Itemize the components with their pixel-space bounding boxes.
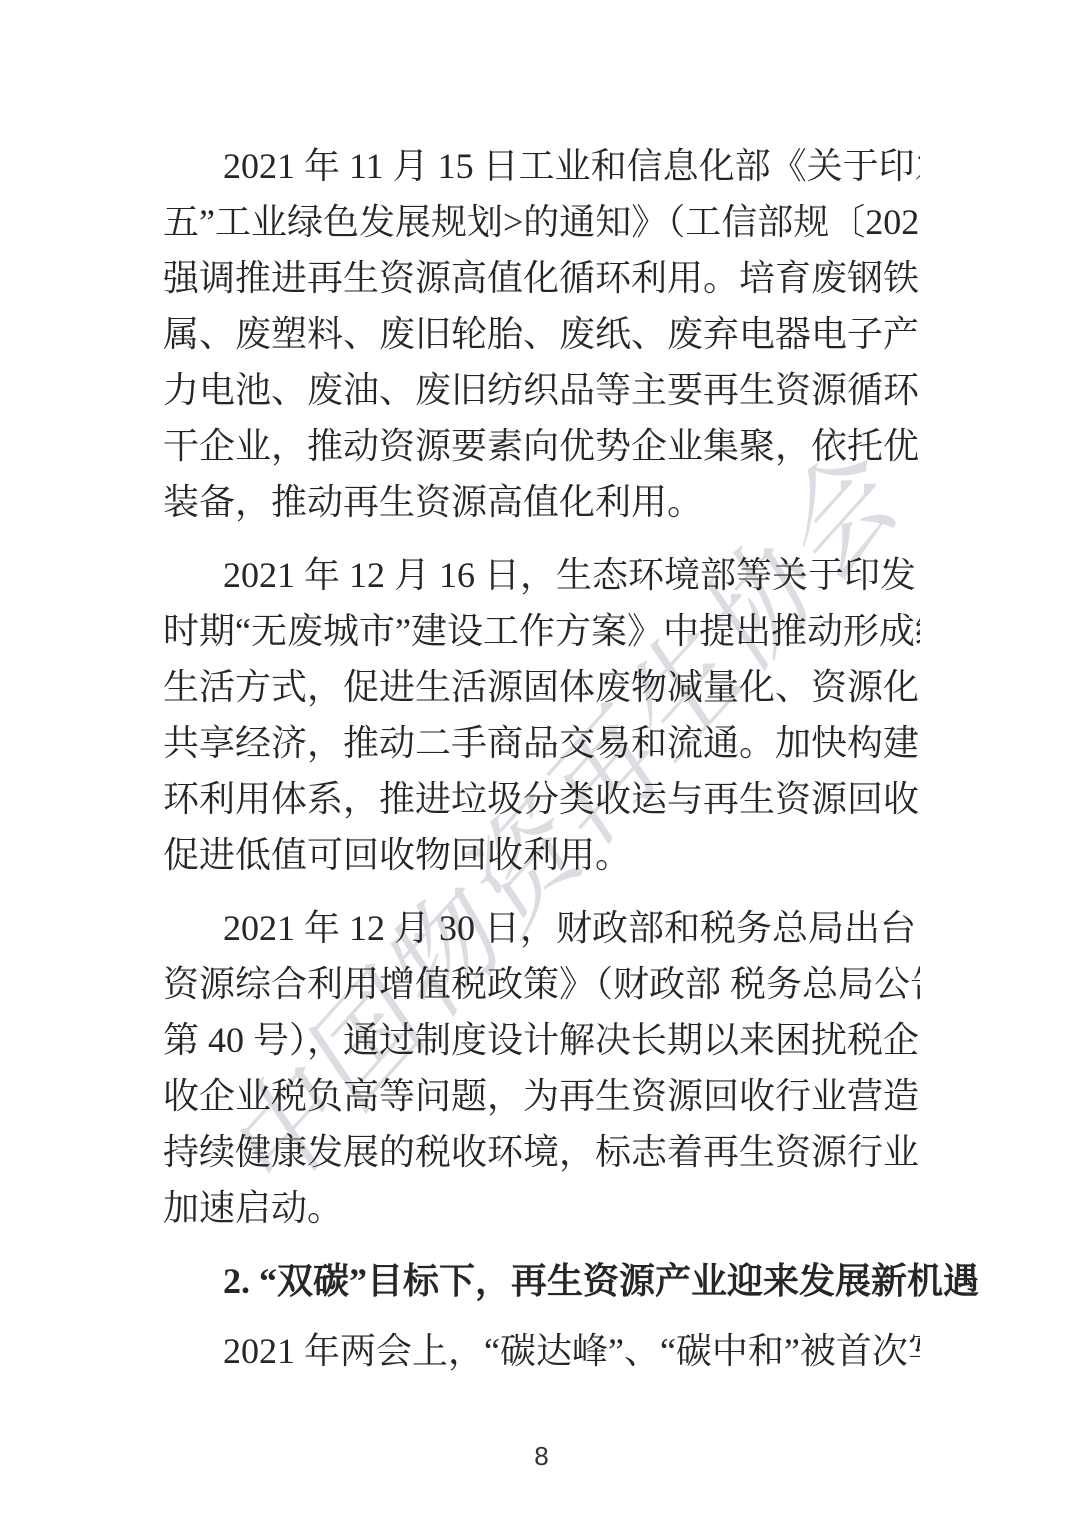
paragraph: 2021 年两会上，“碳达峰”、“碳中和”被首次写入政 — [163, 1323, 920, 1379]
body-line: 2021 年 12 月 30 日，财政部和税务总局出台《关于完善 — [163, 900, 920, 956]
body-line: 促进低值可回收物回收利用。 — [163, 827, 920, 883]
body-line: 共享经济，推动二手商品交易和流通。加快构建废旧物资循 — [163, 715, 920, 771]
page-content: 2021 年 11 月 15 日工业和信息化部《关于印发<“十四 五”工业绿色发… — [0, 0, 1080, 1472]
body-line: 2021 年 12 月 16 日，生态环境部等关于印发《“十四五” — [163, 547, 920, 603]
body-line: 生活方式，促进生活源固体废物减量化、资源化。积极发展 — [163, 659, 920, 715]
body-line: 时期“无废城市”建设工作方案》中提出推动形成绿色低碳 — [163, 603, 920, 659]
section-heading: 2. “双碳”目标下，再生资源产业迎来发展新机遇 — [163, 1253, 920, 1309]
body-line: 属、废塑料、废旧轮胎、废纸、废弃电器电子产品、废旧动 — [163, 306, 920, 362]
body-line: 环利用体系，推进垃圾分类收运与再生资源回收“两网融合”， — [163, 771, 920, 827]
body-line: 五”工业绿色发展规划>的通知》（工信部规〔2021〕178 号） — [163, 194, 920, 250]
body-line: 装备，推动再生资源高值化利用。 — [163, 474, 920, 530]
body-line: 强调推进再生资源高值化循环利用。培育废钢铁、废有色金 — [163, 250, 920, 306]
body-line: 第 40 号），通过制度设计解决长期以来困扰税企双方的回 — [163, 1012, 920, 1068]
page-number: 8 — [163, 1441, 920, 1472]
body-line: 干企业，推动资源要素向优势企业集聚，依托优势企业技术 — [163, 418, 920, 474]
paragraph: 2021 年 12 月 16 日，生态环境部等关于印发《“十四五” 时期“无废城… — [163, 547, 920, 883]
body-line: 收企业税负高等问题，为再生资源回收行业营造一个有利于 — [163, 1068, 920, 1124]
body-line: 资源综合利用增值税政策》（财政部 税务总局公告 2021 年 — [163, 956, 920, 1012]
document-page: 中国物资再生协会 2021 年 11 月 15 日工业和信息化部《关于印发<“十… — [0, 0, 1080, 1527]
paragraph: 2021 年 11 月 15 日工业和信息化部《关于印发<“十四 五”工业绿色发… — [163, 138, 920, 530]
paragraph: 2021 年 12 月 30 日，财政部和税务总局出台《关于完善 资源综合利用增… — [163, 900, 920, 1236]
body-line: 持续健康发展的税收环境，标志着再生资源行业正规化进程 — [163, 1124, 920, 1180]
body-line: 加速启动。 — [163, 1180, 920, 1236]
body-line: 2021 年两会上，“碳达峰”、“碳中和”被首次写入政 — [163, 1323, 920, 1379]
body-line: 2021 年 11 月 15 日工业和信息化部《关于印发<“十四 — [163, 138, 920, 194]
body-line: 力电池、废油、废旧纺织品等主要再生资源循环利用龙头骨 — [163, 362, 920, 418]
